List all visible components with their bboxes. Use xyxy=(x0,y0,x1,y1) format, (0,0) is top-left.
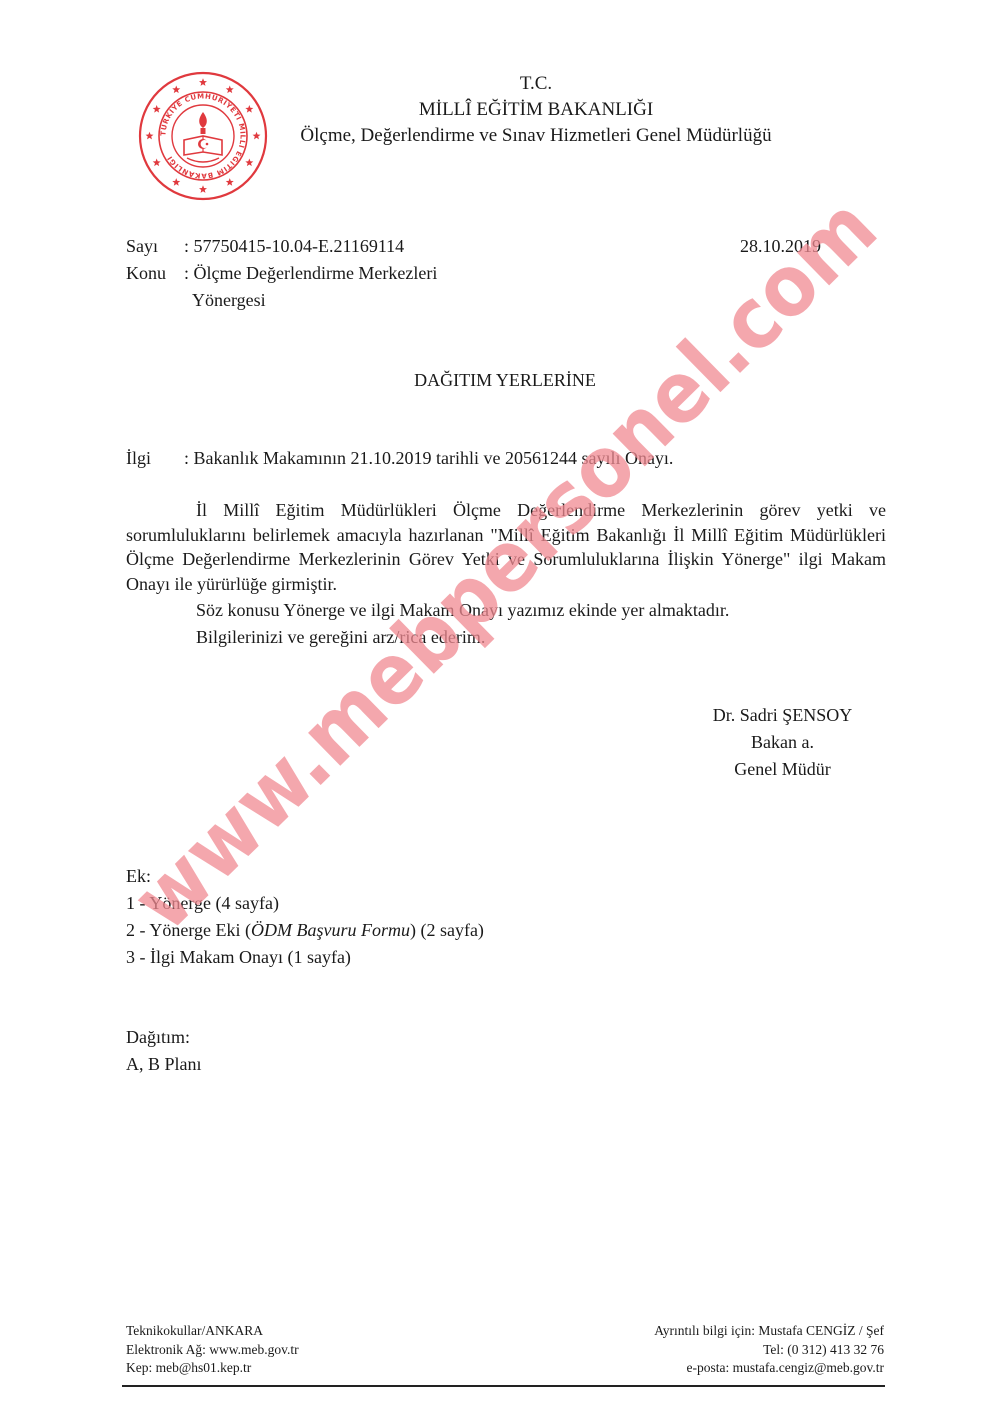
footer-web-link[interactable]: Elektronik Ağ: www.meb.gov.tr xyxy=(126,1341,299,1360)
letter-body: İl Millî Eğitim Müdürlükleri Ölçme Değer… xyxy=(126,498,886,649)
footer-phone: Tel: (0 312) 413 32 76 xyxy=(654,1341,884,1360)
footer-divider xyxy=(122,1385,885,1387)
distribution-value: A, B Planı xyxy=(126,1051,202,1078)
body-paragraph-3: Bilgilerinizi ve gereğini arz/rica ederi… xyxy=(126,625,886,650)
konu-row: Konu: Ölçme Değerlendirme Merkezleri xyxy=(126,260,437,286)
attachment-item: 3 - İlgi Makam Onayı (1 sayfa) xyxy=(126,944,484,971)
distribution-label: Dağıtım: xyxy=(126,1024,202,1051)
header-ministry: MİLLÎ EĞİTİM BAKANLIĞI xyxy=(280,97,792,123)
konu-value-line2: Yönergesi xyxy=(192,287,266,313)
addressee: DAĞITIM YERLERİNE xyxy=(0,367,1000,393)
header-directorate: Ölçme, Değerlendirme ve Sınav Hizmetleri… xyxy=(280,123,792,149)
document-date: 28.10.2019 xyxy=(740,233,821,259)
attachment-item: 1 - Yönerge (4 sayfa) xyxy=(126,890,484,917)
footer-contact-person: Ayrıntılı bilgi için: Mustafa CENGİZ / Ş… xyxy=(654,1322,884,1341)
konu-label: Konu xyxy=(126,260,184,286)
ilgi-row: İlgi: Bakanlık Makamının 21.10.2019 tari… xyxy=(126,445,673,471)
sayi-value: : 57750415-10.04-E.21169114 xyxy=(184,236,404,256)
sayi-label: Sayı xyxy=(126,233,184,259)
header-tc: T.C. xyxy=(280,71,792,97)
ilgi-value: : Bakanlık Makamının 21.10.2019 tarihli … xyxy=(184,448,673,468)
sayi-row: Sayı: 57750415-10.04-E.21169114 xyxy=(126,233,404,259)
signatory-title-1: Bakan a. xyxy=(690,729,875,756)
attachments-label: Ek: xyxy=(126,863,484,890)
signatory-title-2: Genel Müdür xyxy=(690,756,875,783)
attachment-item: 2 - Yönerge Eki (ÖDM Başvuru Formu) (2 s… xyxy=(126,917,484,944)
letterhead: T.C. MİLLÎ EĞİTİM BAKANLIĞI Ölçme, Değer… xyxy=(280,71,792,149)
footer-email[interactable]: e-posta: mustafa.cengiz@meb.gov.tr xyxy=(654,1359,884,1378)
footer-kep[interactable]: Kep: meb@hs01.kep.tr xyxy=(126,1359,299,1378)
footer-address-block: Teknikokullar/ANKARA Elektronik Ağ: www.… xyxy=(126,1322,299,1378)
footer-address: Teknikokullar/ANKARA xyxy=(126,1322,299,1341)
footer-contact-block: Ayrıntılı bilgi için: Mustafa CENGİZ / Ş… xyxy=(654,1322,884,1378)
attachments-list: Ek: 1 - Yönerge (4 sayfa) 2 - Yönerge Ek… xyxy=(126,863,484,971)
body-paragraph-2: Söz konusu Yönerge ve ilgi Makam Onayı y… xyxy=(126,598,886,623)
body-paragraph-1: İl Millî Eğitim Müdürlükleri Ölçme Değer… xyxy=(126,498,886,596)
distribution-block: Dağıtım: A, B Planı xyxy=(126,1024,202,1078)
signatory-name: Dr. Sadri ŞENSOY xyxy=(690,702,875,729)
konu-value: : Ölçme Değerlendirme Merkezleri xyxy=(184,263,437,283)
ilgi-label: İlgi xyxy=(126,445,184,471)
ministry-seal-logo: TÜRKİYE CUMHURİYETİ MİLLÎ EĞİTİM BAKANLI… xyxy=(137,70,269,202)
signature-block: Dr. Sadri ŞENSOY Bakan a. Genel Müdür xyxy=(690,702,875,783)
